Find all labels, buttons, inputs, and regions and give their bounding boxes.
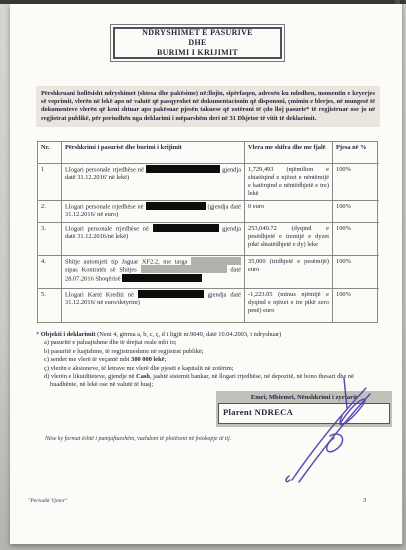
table-row: 2.Llogari personale rrjedhëse në (gjendj… <box>38 200 377 222</box>
title-box: NDRYSHIMET E PASURIVE DHE BURIMI I KRIJI… <box>110 24 285 62</box>
redaction-black-bar <box>153 224 219 232</box>
header-value: Vlera me shifra dhe me fjalë <box>244 142 332 163</box>
row-value: -1,223.05 (minus njëmijë e dyqind e njëz… <box>244 288 332 322</box>
photocopy-note: Nëse ky format është i pamjaftueshëm, va… <box>45 436 231 442</box>
signature-label: Emri, Mbiemri, Nënshkrimi i zyrtarit <box>218 393 390 402</box>
row-value: 0 euro <box>244 200 332 222</box>
text-segment: vlerën e likuiditeteve, gjendje në <box>51 373 136 380</box>
header-nr: Nr. <box>38 142 61 163</box>
note-item-label: b) <box>44 348 51 355</box>
note-item: b) pasuritë e luajtshme, të regjistruesh… <box>36 348 384 356</box>
document-sheet: NDRYSHIMET E PASURIVE DHE BURIMI I KRIJI… <box>10 4 403 544</box>
text-segment: Objekti i deklarimit <box>41 331 96 338</box>
text-segment: vlerën e aksioneve, të letrave me vlerë … <box>51 365 234 372</box>
text-segment: Cash <box>136 373 150 380</box>
table-row: 3.Llogari personale rrjedhëse në gjendja… <box>38 222 377 255</box>
row-number: 1 <box>38 163 61 200</box>
text-segment: pasuritë e luajtshme, të regjistrueshme … <box>51 348 204 355</box>
row-description: Shitje automjeti tip Jaguar XF2.2, me ta… <box>61 255 244 288</box>
text-segment: (Neni 4, gërma a, b, c, ç, d i ligjit nr… <box>95 331 281 338</box>
text-segment: ; <box>165 356 167 363</box>
redaction-gray-bar <box>191 257 241 265</box>
instructions-paragraph: Përshkruani hollësisht ndryshimet (shtes… <box>36 86 380 127</box>
title-line-2: DHE <box>188 38 206 48</box>
redaction-gray-bar <box>141 265 227 273</box>
note-item: d) vlerën e likuiditeteve, gjendje në Ca… <box>36 373 380 390</box>
row-number: 4. <box>38 255 61 288</box>
row-value: 35,000 (tridhjetë e pesëmijë) euro <box>244 255 332 288</box>
row-value: 1,729,493 (njëmilion e shtatëqind e njëz… <box>244 163 332 200</box>
redaction-black-bar <box>146 202 206 210</box>
row-share: 100% <box>332 255 379 288</box>
redaction-black-bar <box>138 290 204 298</box>
page-number: 3 <box>363 497 366 504</box>
footer-period-label: "Periodik Vjetor" <box>28 498 67 504</box>
note-item: a) pasuritë e paluajtshme dhe të drejtat… <box>36 339 384 347</box>
notes-heading: * Objekti i deklarimit (Neni 4, gërma a,… <box>36 331 384 339</box>
text-segment: Shitje automjeti tip Jaguar XF2.2, me ta… <box>65 258 191 265</box>
text-segment: 300 000 lekë <box>131 356 164 363</box>
row-share: 100% <box>332 163 379 200</box>
title-line-3: BURIMI I KRIJIMIT <box>157 48 238 58</box>
declaration-object-notes: * Objekti i deklarimit (Neni 4, gërma a,… <box>36 331 384 390</box>
row-number: 5. <box>38 288 61 322</box>
document-title: NDRYSHIMET E PASURIVE DHE BURIMI I KRIJI… <box>113 27 282 59</box>
row-number: 2. <box>38 200 61 222</box>
row-description: Llogari Kartë Krediti në gjendja datë 31… <box>61 288 244 322</box>
note-item-label: d) <box>44 373 51 380</box>
text-segment: sipas Kontratës së Shitjes <box>65 267 141 274</box>
text-segment: sendet me vlerë të veçantë mbi <box>51 356 132 363</box>
row-description: Llogari personale rrjedhëse në (gjendja … <box>61 200 244 222</box>
row-value: 253,040.72 (dyqind e pesëdhjetë e tremij… <box>244 222 332 255</box>
signature-block: Emri, Mbiemri, Nënshkrimi i zyrtarit Pla… <box>216 391 392 427</box>
official-name: Plarent NDRECA <box>218 403 390 424</box>
redaction-black-bar <box>122 274 202 282</box>
header-description: Përshkrimi i pasurisë dhe burimi i kriji… <box>61 142 244 163</box>
assets-table: Nr. Përshkrimi i pasurisë dhe burimi i k… <box>37 141 378 323</box>
row-share: 100% <box>332 288 379 322</box>
row-number: 3. <box>38 222 61 255</box>
text-segment: Llogari Kartë Krediti në <box>65 291 138 298</box>
text-segment: Llogari personale rrjedhëse në <box>65 166 146 173</box>
table-row: 5.Llogari Kartë Krediti në gjendja datë … <box>38 288 377 322</box>
text-segment: Llogari personale rrjedhëse në <box>65 225 153 232</box>
row-share: 100% <box>332 222 379 255</box>
note-item: c) sendet me vlerë të veçantë mbi 300 00… <box>36 356 384 364</box>
table-row: 1Llogari personale rrjedhëse në gjendja … <box>38 163 377 200</box>
row-share: 100% <box>332 200 379 222</box>
table-row: 4.Shitje automjeti tip Jaguar XF2.2, me … <box>38 255 377 288</box>
text-segment: pasuritë e paluajtshme dhe të drejtat re… <box>51 339 177 346</box>
table-header-row: Nr. Përshkrimi i pasurisë dhe burimi i k… <box>38 142 377 163</box>
note-item: ç) vlerën e aksioneve, të letrave me vle… <box>36 365 384 373</box>
text-segment: Llogari personale rrjedhëse në <box>65 203 146 210</box>
redaction-black-bar <box>146 165 220 173</box>
row-description: Llogari personale rrjedhëse në gjendja d… <box>61 222 244 255</box>
title-line-1: NDRYSHIMET E PASURIVE <box>142 28 253 38</box>
asset-table-body: 1Llogari personale rrjedhëse në gjendja … <box>38 163 377 322</box>
header-share: Pjesa në % <box>332 142 379 163</box>
notes-list: a) pasuritë e paluajtshme dhe të drejtat… <box>36 339 384 389</box>
row-description: Llogari personale rrjedhëse në gjendja d… <box>61 163 244 200</box>
